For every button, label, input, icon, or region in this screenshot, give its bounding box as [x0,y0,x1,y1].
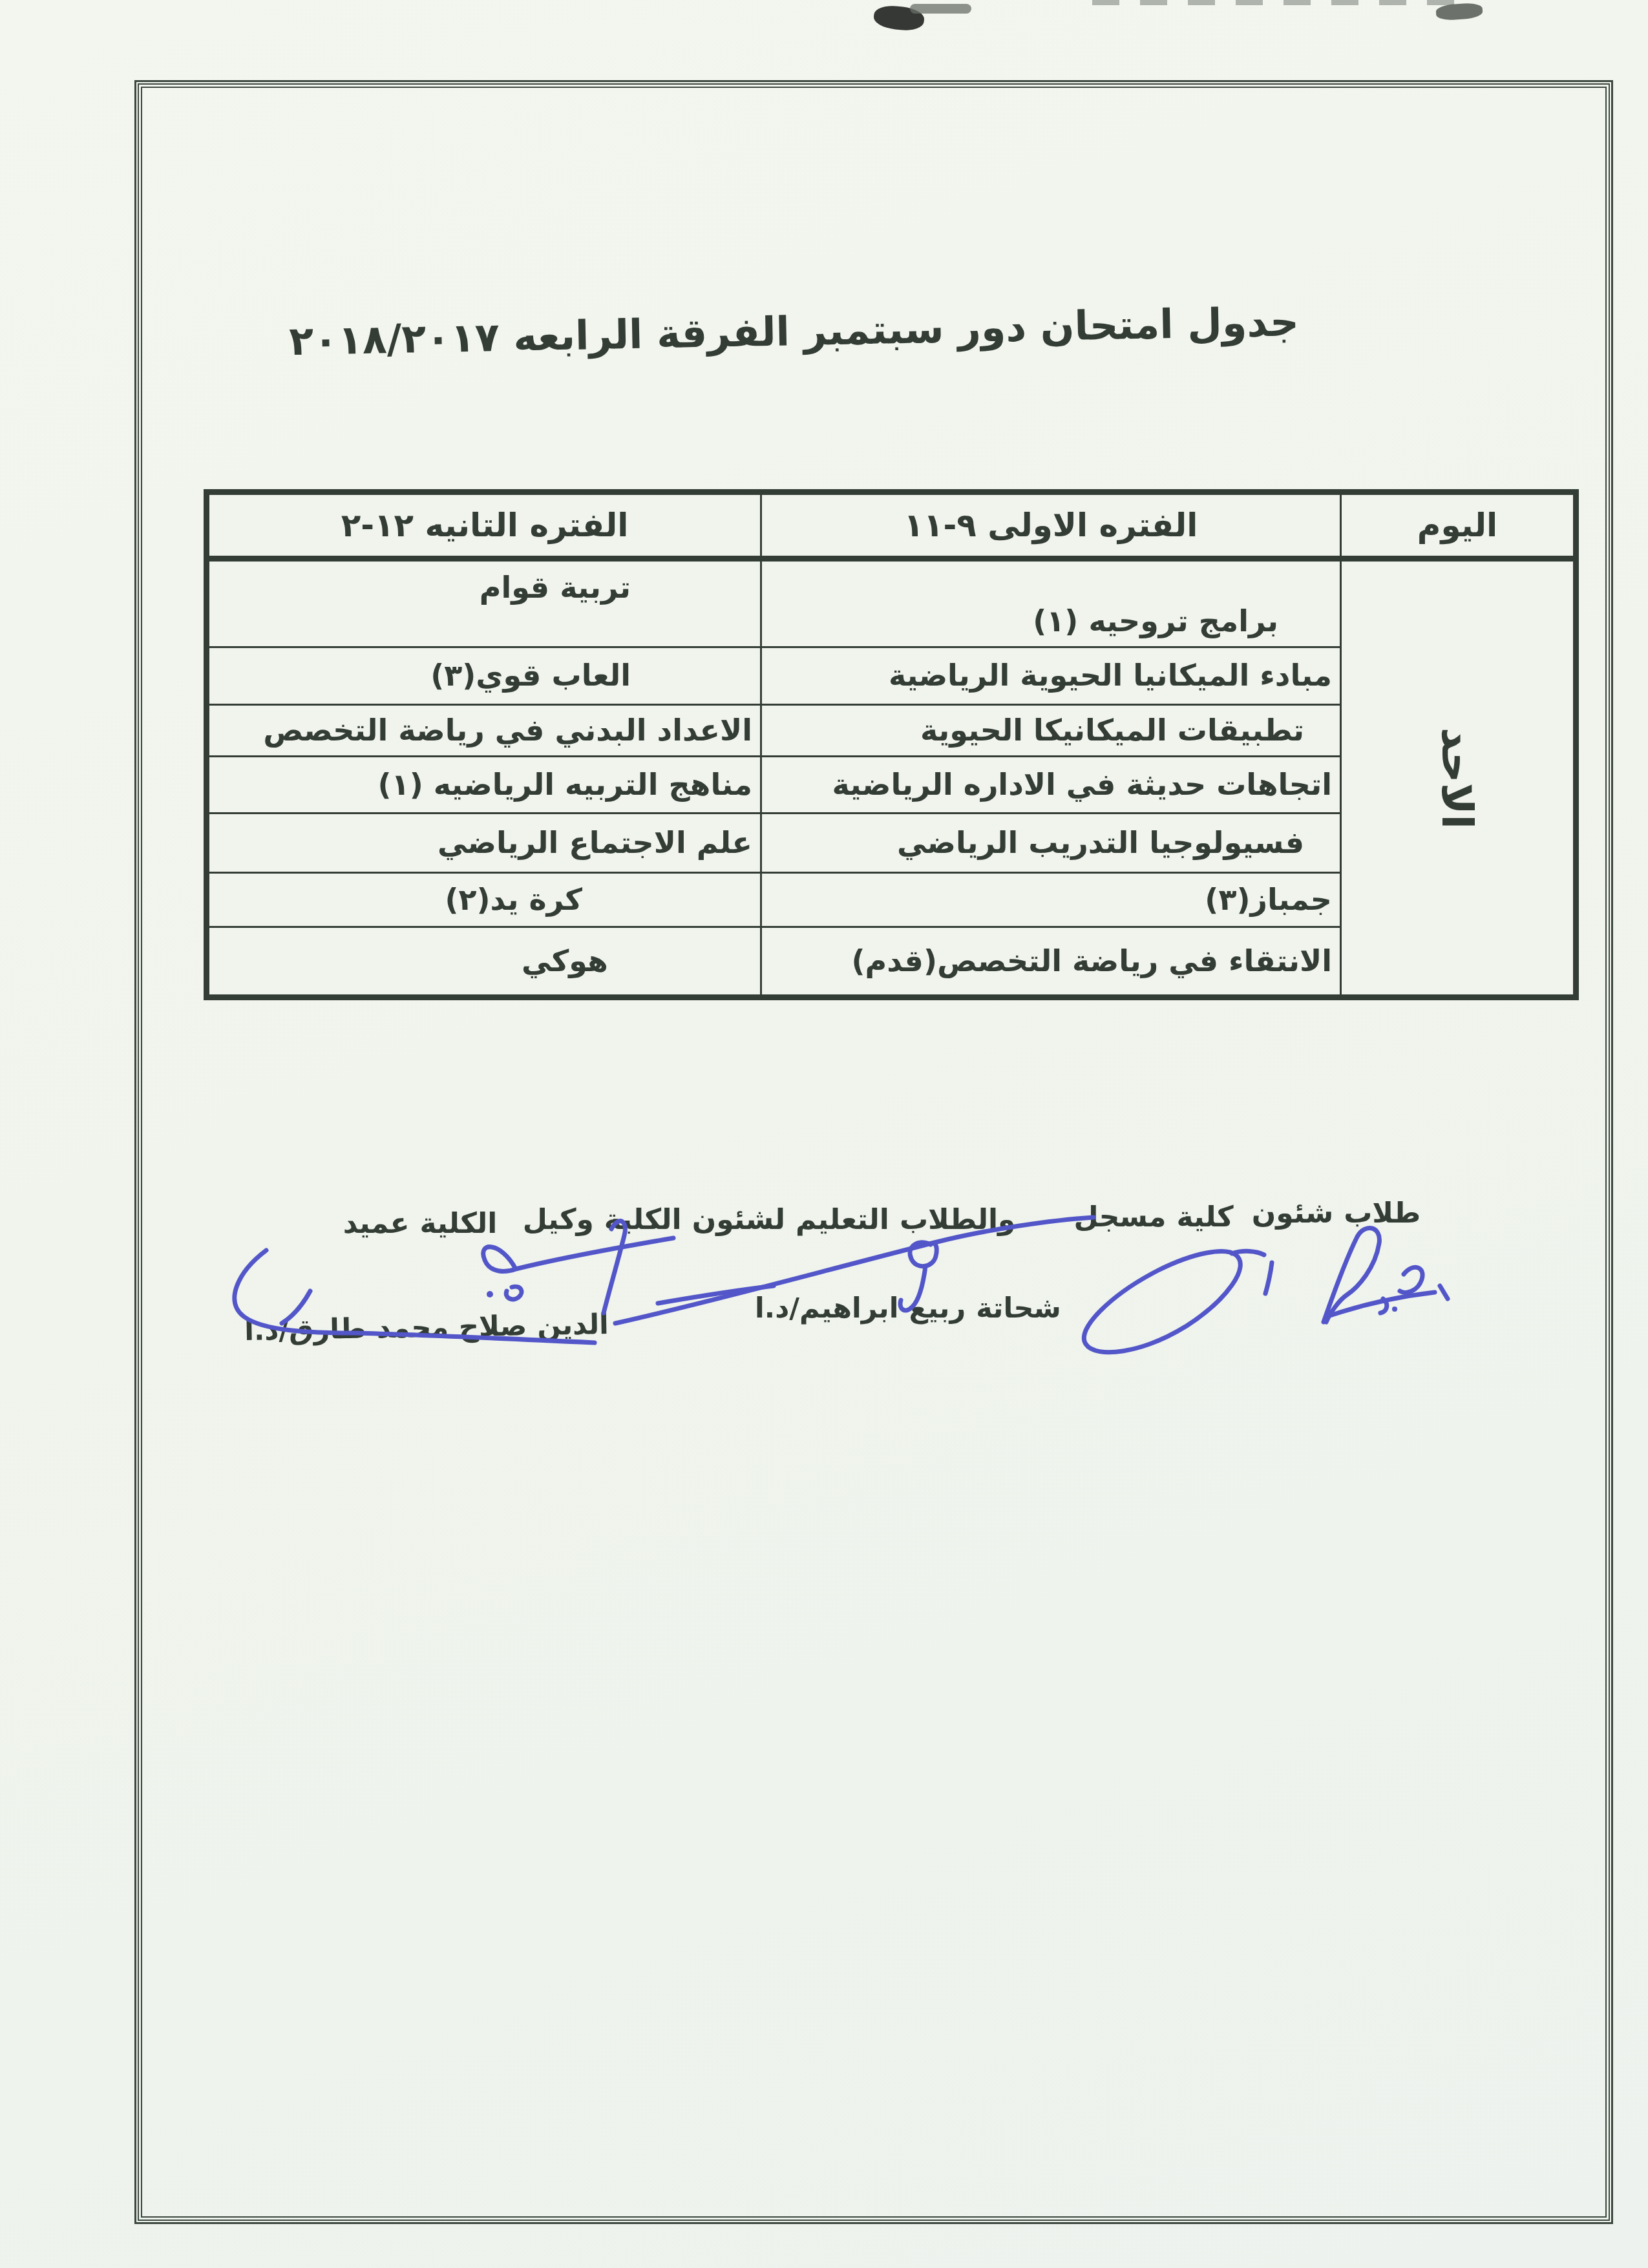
subject-cell: الانتقاء في رياضة التخصص(قدم) [762,928,1340,994]
table-header-second-period: الفتره التانيه ١٢-٢ [209,495,760,556]
subject-cell: العاب قوي(٣) [209,648,760,704]
scan-smudge-light [910,4,971,14]
page-frame [134,80,1613,2224]
table-header-day: اليوم [1342,495,1573,556]
signature-student-affairs-label: شئونطلاب [1276,1197,1396,1230]
exam-table: اليوم الفتره الاولى ٩-١١ الفتره التانيه … [204,489,1579,1000]
subject-cell: علم الاجتماع الرياضي [209,814,760,872]
day-cell: الاحد [1342,562,1573,994]
subject-cell: برامج تروحيه (١) [762,562,1340,646]
subject-cell: مبادء الميكانيا الحيوية الرياضية [762,648,1340,704]
signature-vice-dean-label: وكيلالكليةلشئونالتعليموالطلاب [614,1203,924,1236]
subject-cell: هوكي [209,928,760,994]
subject-cell: تطبيقات الميكانيكا الحيوية [762,706,1340,755]
subject-cell: فسيولوجيا التدريب الرياضي [762,814,1340,872]
signature-dean-name: ا.د/طارقمحمدصلاحالدين [246,1308,608,1347]
subject-cell: جمباز(٣) [762,874,1340,926]
signature-registrar-label: مسجلكلية [1086,1201,1221,1234]
signature-dean-label: عميدالكلية [336,1207,504,1240]
subject-cell: مناهج التربيه الرياضيه (١) [209,757,760,812]
table-header-first-period: الفتره الاولى ٩-١١ [762,495,1340,556]
subject-cell: كرة يد(٢) [209,874,760,926]
subject-cell: تربية قوام [209,562,760,646]
scanned-exam-schedule-page: { "document": { "title": "جدول امتحان دو… [0,0,1648,2268]
scan-streak [1092,0,1454,5]
day-value: الاحد [1433,727,1483,828]
subject-cell: الاعداد البدني في رياضة التخصص [209,706,760,755]
page: جدول امتحان دور سبتمبر الفرقة الرابعه ٢٠… [0,0,1648,2268]
table-header-row: اليوم الفتره الاولى ٩-١١ الفتره التانيه … [204,489,1579,556]
subject-cell: اتجاهات حديثة في الاداره الرياضية [762,757,1340,812]
table-body: الاحد برامج تروحيه (١) تربية قوام مبادء … [204,556,1579,1000]
signature-vice-dean-name: ا.د/ابراهيمربيعشحاتة [743,1292,1073,1325]
